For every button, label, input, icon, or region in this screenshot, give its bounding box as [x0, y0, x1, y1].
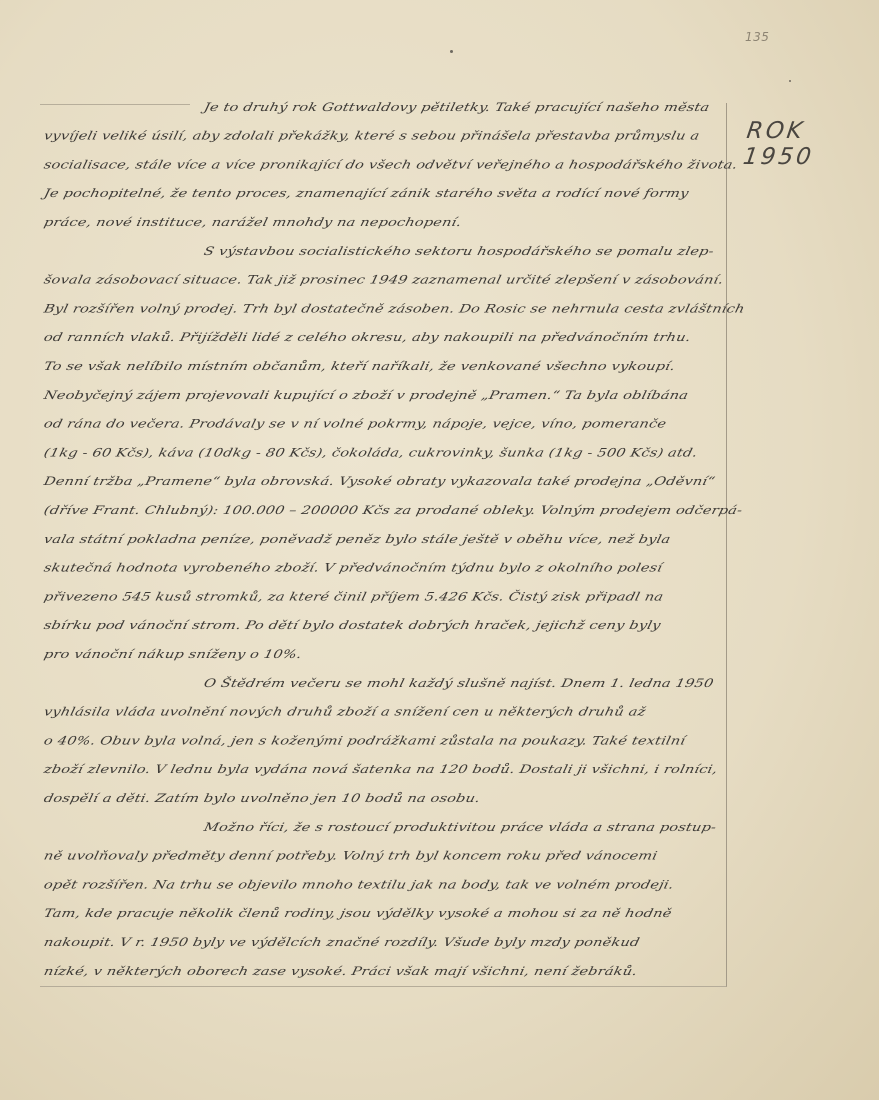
text-line: sbírku pod vánoční strom. Po dětí bylo d… — [43, 620, 662, 633]
text-line: To se však nelíbilo místním občanům, kte… — [43, 360, 677, 373]
text-line: O Štědrém večeru se mohl každý slušně na… — [203, 677, 715, 690]
text-line: o 40%. Obuv byla volná, jen s koženými p… — [43, 735, 687, 748]
text-line: Byl rozšířen volný prodej. Trh byl dosta… — [43, 303, 746, 316]
text-line: nakoupit. V r. 1950 byly ve výdělcích zn… — [43, 936, 641, 949]
text-line: socialisace, stále více a více pronikají… — [43, 159, 739, 172]
paper-speck — [789, 80, 791, 82]
text-line: ně uvolňovaly předměty denní potřeby. Vo… — [43, 850, 659, 863]
page-number: 135 — [745, 30, 769, 44]
text-line: pro vánoční nákup sníženy o 10%. — [43, 648, 303, 661]
text-line: S výstavbou socialistického sektoru hosp… — [203, 245, 716, 258]
text-line: (dříve Frant. Chlubný): 100.000 – 200000… — [43, 504, 744, 517]
text-line: vala státní pokladna peníze, poněvadž pe… — [43, 533, 672, 546]
text-line: dospělí a děti. Zatím bylo uvolněno jen … — [43, 792, 482, 805]
text-line: nízké, v některých oborech zase vysoké. … — [43, 965, 639, 978]
text-line: zboží zlevnilo. V lednu byla vydána nová… — [43, 764, 719, 777]
text-line: (1kg - 60 Kčs), káva (10dkg - 80 Kčs), č… — [43, 447, 699, 460]
text-line: Denní tržba „Pramene“ byla obrovská. Vys… — [43, 476, 717, 489]
text-line: vyhlásila vláda uvolnění nových druhů zb… — [43, 706, 647, 719]
text-line: práce, nové instituce, narážel mnohdy na… — [43, 216, 463, 229]
text-line: Tam, kde pracuje několik členů rodiny, j… — [43, 908, 673, 921]
text-line: skutečná hodnota vyrobeného zboží. V pře… — [43, 562, 664, 575]
text-line: šovala zásobovací situace. Tak již prosi… — [43, 274, 725, 287]
text-line: opět rozšířen. Na trhu se objevilo mnoho… — [43, 879, 675, 892]
margin-year-heading: ROK 1950 — [741, 118, 879, 170]
text-line: Je pochopitelné, že tento proces, znamen… — [43, 188, 690, 201]
paper-speck — [450, 50, 453, 53]
text-line: od ranních vlaků. Přijížděli lidé z celé… — [43, 332, 692, 345]
text-line: Možno říci, že s rostoucí produktivitou … — [203, 821, 718, 834]
text-line: Neobyčejný zájem projevovali kupující o … — [43, 389, 690, 402]
text-line: od rána do večera. Prodávaly se v ní vol… — [43, 418, 668, 431]
text-line: vyvíjeli veliké úsilí, aby zdolali překá… — [43, 130, 701, 143]
text-line: přivezeno 545 kusů stromků, za které čin… — [43, 591, 665, 604]
text-line: Je to druhý rok Gottwaldovy pětiletky. T… — [203, 101, 711, 114]
